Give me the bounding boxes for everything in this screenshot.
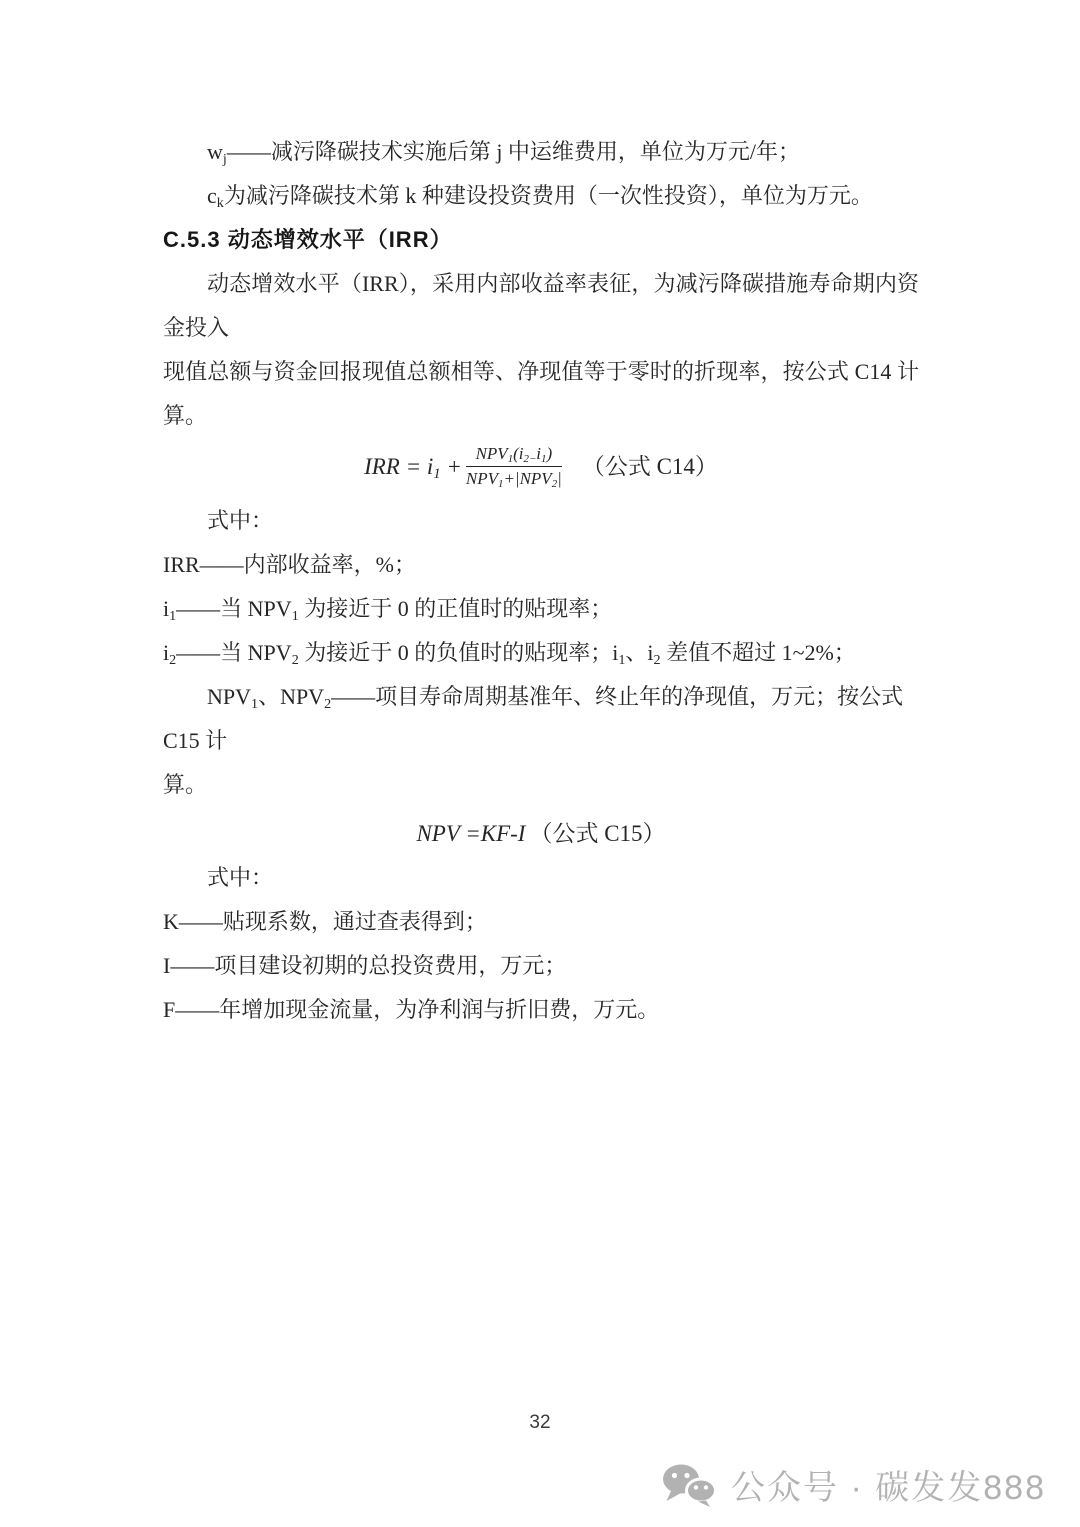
- document-content: wj——减污降碳技术实施后第 j 中运维费用，单位为万元/年； ck为减污降碳技…: [163, 130, 919, 1032]
- definition-i1: i1——当 NPV1 为接近于 0 的正值时的贴现率；: [163, 587, 919, 631]
- formula-c15-label: （公式 C15）: [529, 821, 665, 846]
- term-wj: wj——减污降碳技术实施后第 j 中运维费用，单位为万元/年；: [163, 130, 919, 174]
- document-page: wj——减污降碳技术实施后第 j 中运维费用，单位为万元/年； ck为减污降碳技…: [0, 0, 1080, 1527]
- watermark-text: 公众号 · 碳发发888: [731, 1460, 1046, 1509]
- term-ck: ck为减污降碳技术第 k 种建设投资费用（一次性投资），单位为万元。: [163, 174, 919, 218]
- definition-i: I——项目建设初期的总投资费用，万元；: [163, 944, 919, 988]
- page-number: 32: [0, 1412, 1080, 1434]
- definition-i2: i2——当 NPV2 为接近于 0 的负值时的贴现率；i1、i2 差值不超过 1…: [163, 631, 919, 675]
- definition-k: K——贴现系数，通过查表得到；: [163, 900, 919, 944]
- formula-c14: IRR = i1 +NPV1(i2−i1)NPV1+|NPV2|（公式 C14）: [163, 438, 919, 499]
- formula-c14-denominator: NPV1+|NPV2|: [466, 467, 562, 489]
- formula-c14-fraction: NPV1(i2−i1)NPV1+|NPV2|: [466, 444, 562, 489]
- paragraph-line-2: 现值总额与资金回报现值总额相等、净现值等于零时的折现率，按公式 C14 计算。: [163, 350, 919, 438]
- formula-c15: NPV =KF-I（公式 C15）: [163, 807, 919, 856]
- definition-irr: IRR——内部收益率，%；: [163, 543, 919, 587]
- where-label-1: 式中：: [163, 499, 919, 543]
- definition-npv-continuation: 算。: [163, 763, 919, 807]
- where-label-2: 式中：: [163, 856, 919, 900]
- formula-c14-label: （公式 C14）: [582, 454, 718, 479]
- watermark: 公众号 · 碳发发888: [660, 1460, 1046, 1509]
- formula-c14-numerator: NPV1(i2−i1): [466, 444, 562, 467]
- formula-c15-expression: NPV =KF-I: [416, 821, 525, 846]
- definition-f: F——年增加现金流量，为净利润与折旧费，万元。: [163, 988, 919, 1032]
- section-heading: C.5.3 动态增效水平（IRR）: [163, 218, 919, 262]
- definition-npv: NPV1、NPV2——项目寿命周期基准年、终止年的净现值，万元；按公式 C15 …: [163, 675, 919, 763]
- formula-c14-lhs: IRR = i1 +: [364, 454, 462, 479]
- wechat-icon: [660, 1463, 718, 1507]
- paragraph-line-1: 动态增效水平（IRR），采用内部收益率表征，为减污降碳措施寿命期内资金投入: [163, 262, 919, 350]
